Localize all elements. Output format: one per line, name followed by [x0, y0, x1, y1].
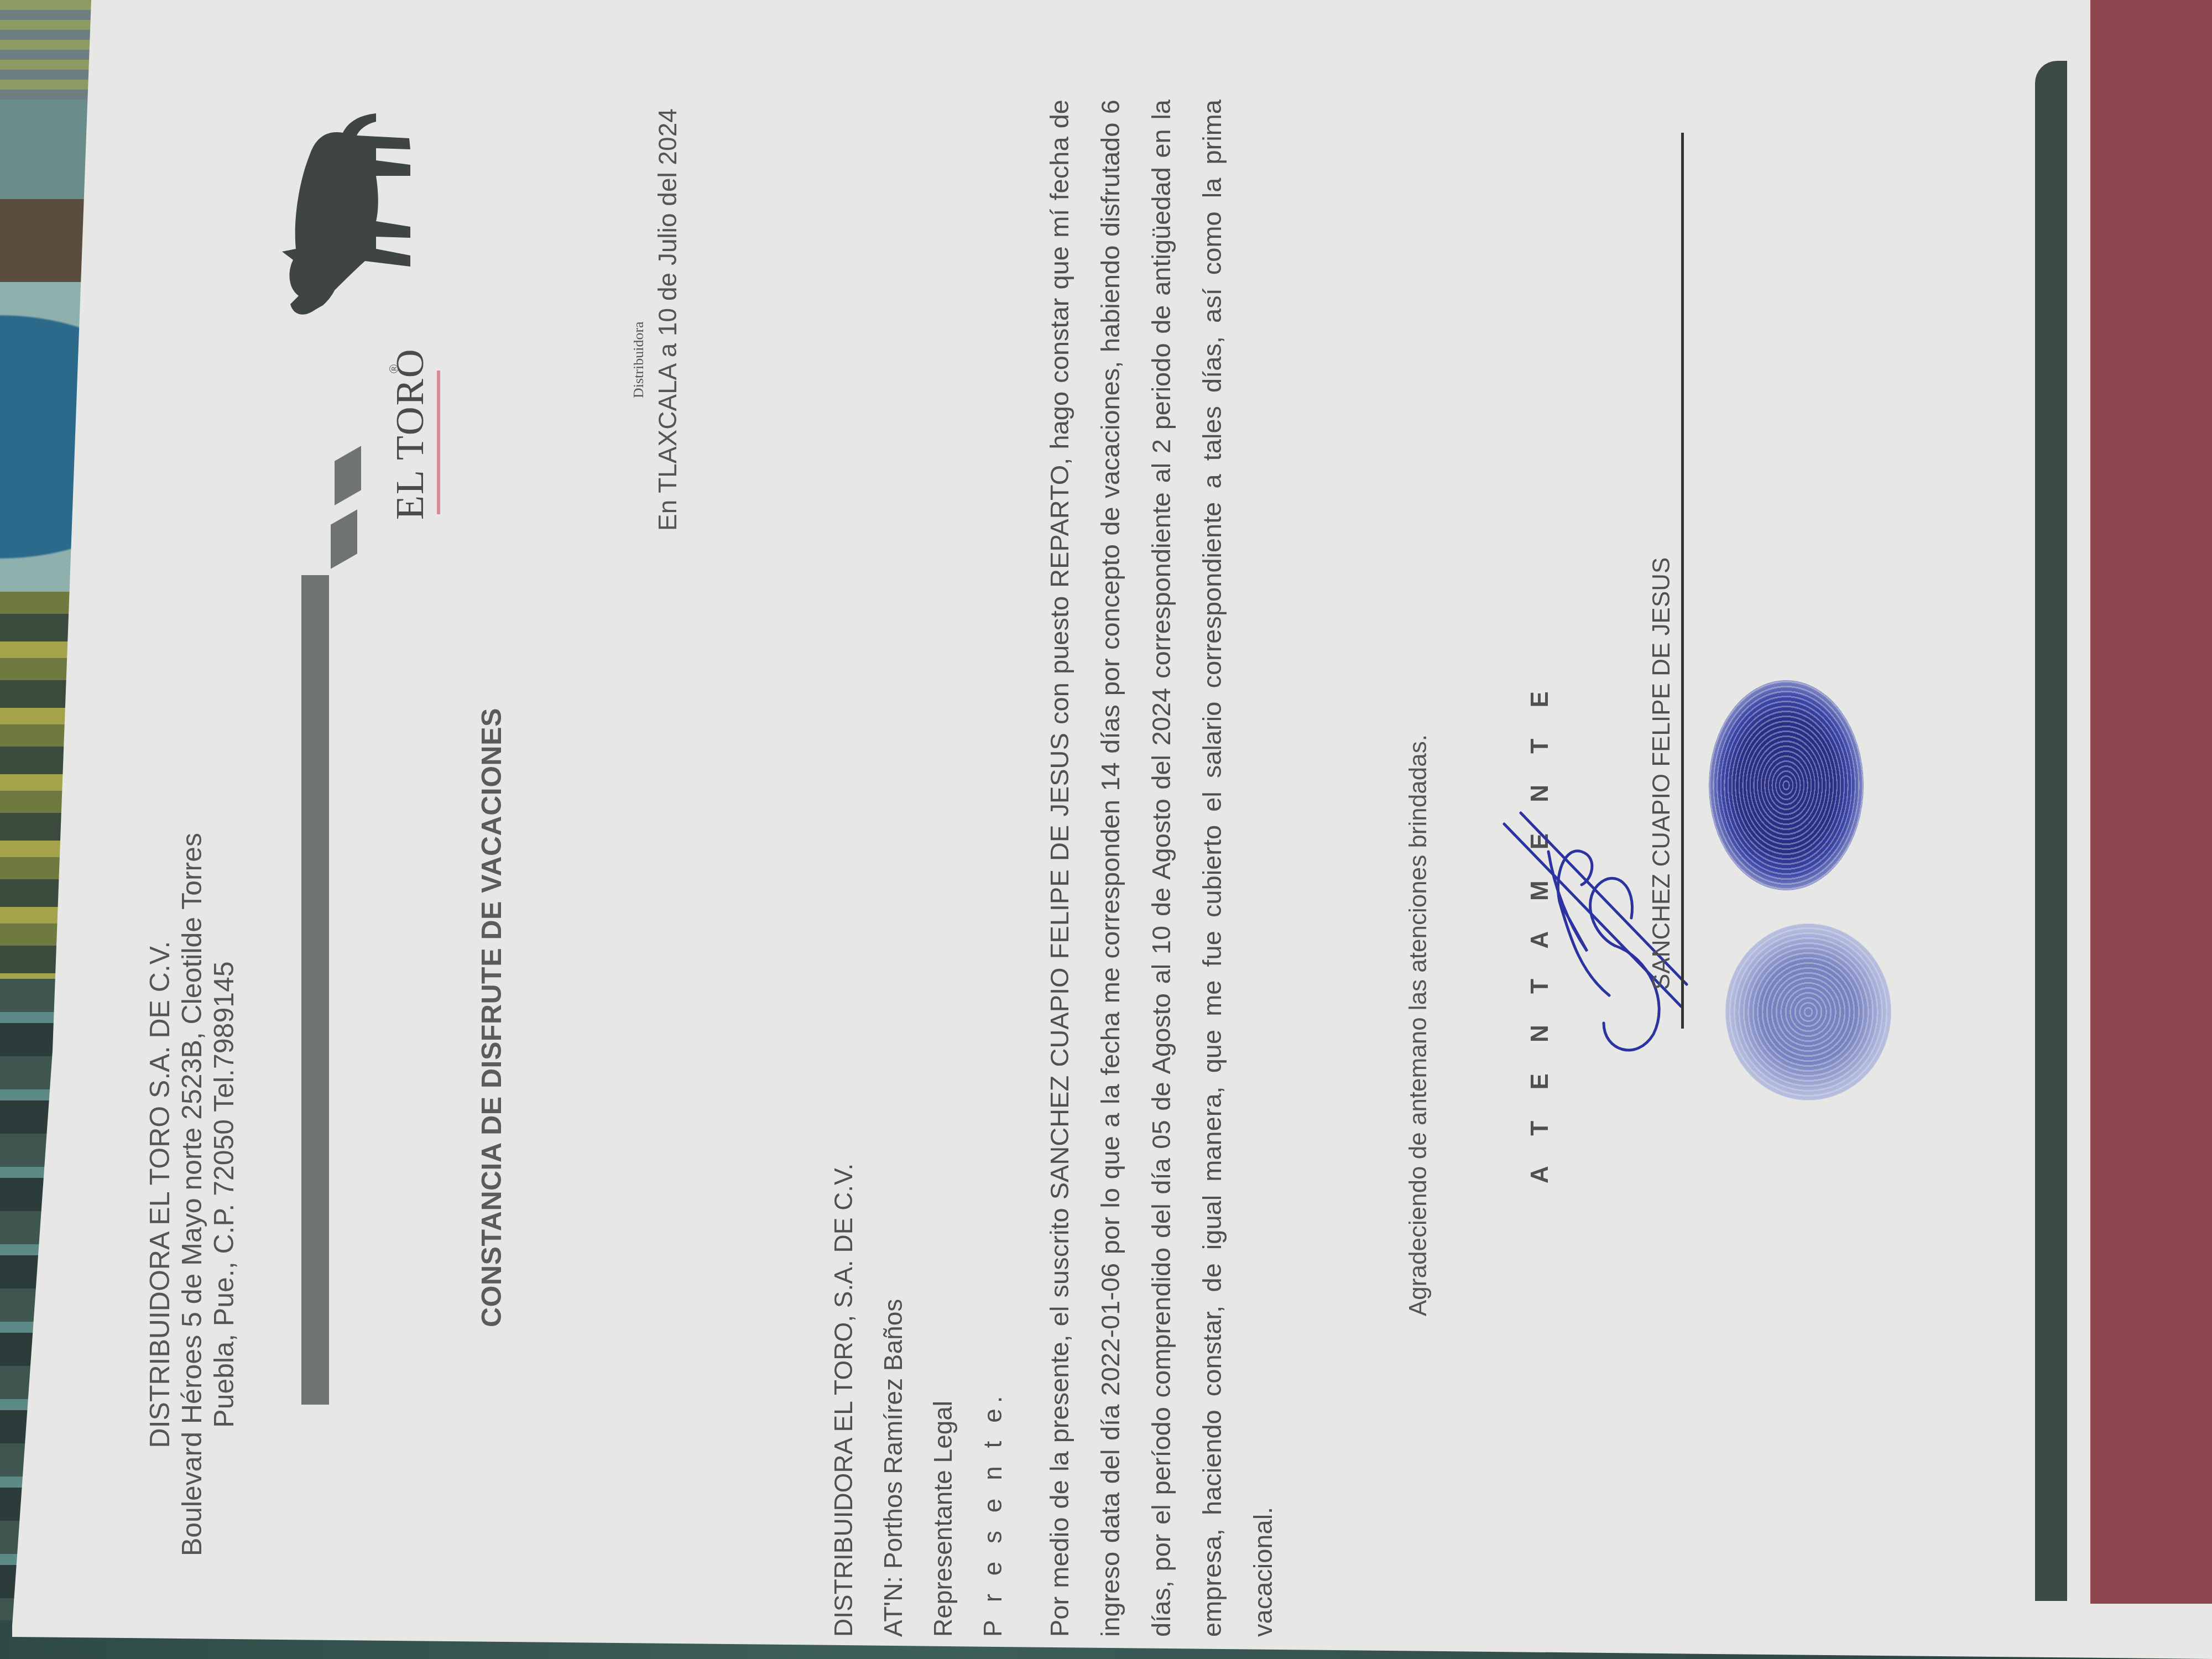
fingerprint-icon: [1725, 924, 1891, 1100]
letter-page: DISTRIBUIDORA EL TORO S.A. DE C.V. Boule…: [100, 11, 1969, 1637]
logo-subtitle: Distribuidora: [630, 321, 647, 398]
side-accent-bar-red: [2090, 0, 2212, 1604]
company-name: DISTRIBUIDORA EL TORO S.A. DE C.V.: [144, 752, 176, 1637]
side-accent-bar-dark: [2035, 61, 2067, 1601]
recipient-greeting: P r e s e n t e.: [968, 1164, 1018, 1637]
address-line-2: Puebla, Pue., C.P. 72050 Tel.7989145: [208, 752, 240, 1637]
logo-wordmark: EL TORO ®: [11, 227, 509, 559]
fingerprint-ridges: [1725, 924, 1891, 1100]
recipient-attention: AT'N: Porthos Ramírez Baños: [868, 1164, 918, 1637]
logo-underline: [437, 371, 440, 514]
closing-thanks: Agradeciendo de antemano las atenciones …: [1405, 734, 1432, 1316]
document-title: CONSTANCIA DE DISFRUTE DE VACACIONES: [476, 708, 508, 1327]
address-line-1: Boulevard Héroes 5 de Mayo norte 2523B, …: [176, 752, 208, 1637]
place-date: En TLAXCALA a 10 de Julio del 2024: [653, 108, 682, 531]
registered-mark: ®: [387, 364, 401, 373]
body-paragraph: Por medio de la presente, el suscrito SA…: [1034, 100, 1288, 1637]
signature-line: [1681, 133, 1684, 1029]
fingerprint-ridges: [1709, 680, 1864, 890]
letterhead-address: DISTRIBUIDORA EL TORO S.A. DE C.V. Boule…: [144, 752, 240, 1637]
logo-brand: EL TORO: [387, 348, 433, 520]
fingerprint-icon: [1709, 680, 1864, 890]
recipient-role: Representante Legal: [918, 1164, 968, 1637]
recipient-block: DISTRIBUIDORA EL TORO, S.A. DE C.V. AT'N…: [818, 1164, 1018, 1637]
recipient-company: DISTRIBUIDORA EL TORO, S.A. DE C.V.: [818, 1164, 868, 1637]
